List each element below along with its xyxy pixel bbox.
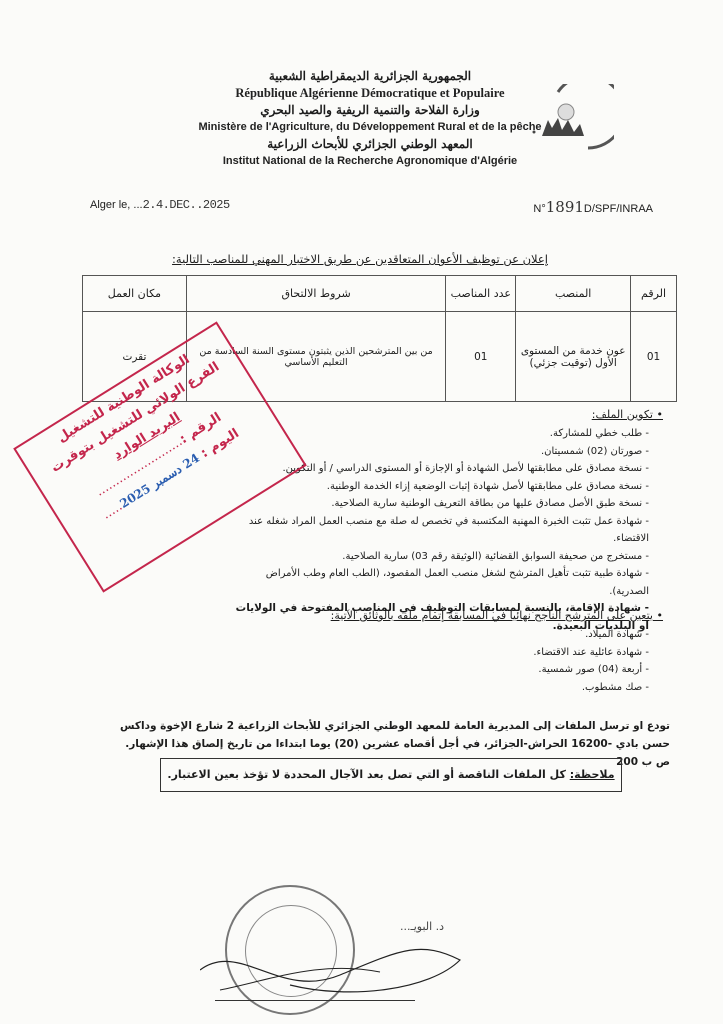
signatory-name: د. البويـ... [400,920,444,933]
header-fr-republic: République Algérienne Démocratique et Po… [180,84,560,102]
col-count: عدد المناصب [446,276,516,312]
note-label: ملاحظة: [570,768,615,781]
col-post: المنصب [516,276,631,312]
col-conditions: شروط الالتحاق [186,276,445,312]
ref-number-value: 1891 [546,198,584,216]
cell-count: 01 [446,312,516,402]
ref-prefix: N° [533,203,545,215]
header-ar-republic: الجمهورية الجزائرية الديمقراطية الشعبية [180,68,560,84]
col-num: الرقم [631,276,677,312]
document-header: الجمهورية الجزائرية الديمقراطية الشعبية … [180,68,560,170]
note-box: ملاحظة: كل الملفات الناقصة أو التي تصل ب… [160,758,622,792]
ref-suffix: D/SPF/INRAA [584,203,653,215]
list-item: مستخرج من صحيفة السوابق القضائية (الوثيق… [223,548,649,566]
cell-post: عون خدمة من المستوى الأول (توقيت جزئي) [516,312,631,402]
col-place: مكان العمل [83,276,187,312]
header-fr-institute: Institut National de la Recherche Agrono… [180,152,560,170]
final-docs-list: شهادة الميلاد. شهادة عائلية عند الاقتضاء… [243,626,663,696]
reference-number: N°1891D/SPF/INRAA [533,198,653,216]
table-header-row: الرقم المنصب عدد المناصب شروط الالتحاق م… [83,276,677,312]
place-label: Alger le, ... [90,199,143,211]
inraa-logo-icon [528,84,614,154]
header-ar-ministry: وزارة الفلاحة والتنمية الريفية والصيد ال… [180,102,560,118]
list-item: صك مشطوب. [243,679,649,697]
cell-num: 01 [631,312,677,402]
list-item: أربعة (04) صور شمسية. [243,661,649,679]
header-ar-institute: المعهد الوطني الجزائري للأبحاث الزراعية [180,136,560,152]
announcement-title: إعلان عن توظيف الأعوان المتعاقدين عن طري… [150,252,570,266]
final-documents-section: • يتعين على المترشح الناجح نهائيا في الم… [243,609,663,696]
dossier-heading: • تكوين الملف: [223,408,663,421]
signature-line [215,1000,415,1001]
list-item: شهادة الميلاد. [243,626,649,644]
list-item: شهادة عمل تثبت الخبرة المهنية المكتسبة ف… [223,513,649,548]
final-docs-heading: • يتعين على المترشح الناجح نهائيا في الم… [243,609,663,622]
list-item: نسخة طبق الأصل مصادق عليها من بطاقة التع… [223,495,649,513]
reference-row: Alger le, ...2.4.DEC..2025 N°1891D/SPF/I… [90,198,653,218]
list-item: شهادة عائلية عند الاقتضاء. [243,644,649,662]
signature-scribble-icon [200,930,500,1010]
list-item: شهادة طبية تثبت تأهيل المترشح لشغل منصب … [223,565,649,600]
header-fr-ministry: Ministère de l'Agriculture, du Développe… [180,118,560,136]
note-text: كل الملفات الناقصة أو التي تصل بعد الآجا… [167,768,569,781]
date-line: Alger le, ...2.4.DEC..2025 [90,198,230,212]
date-value: 2.4.DEC..2025 [143,198,230,212]
list-item: نسخة مصادق على مطابقتها لأصل شهادة إثبات… [223,478,649,496]
